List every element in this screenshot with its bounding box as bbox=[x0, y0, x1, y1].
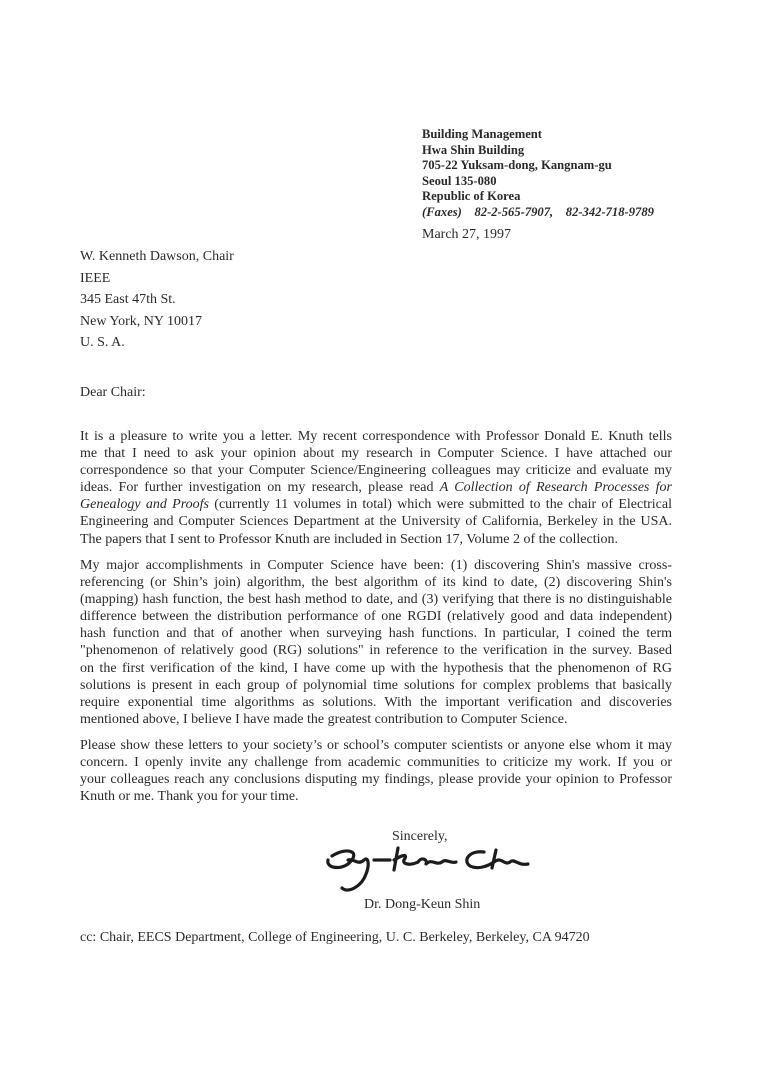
body-text: on the first verification of the kind, I… bbox=[80, 661, 672, 676]
body-line: Genealogy and Proofs (currently 11 volum… bbox=[80, 496, 672, 513]
body-text: hash function and that of another when s… bbox=[80, 626, 672, 641]
body-line: (mapping) hash function, the best hash m… bbox=[80, 591, 672, 608]
fax-number: 82-2-565-7907, bbox=[474, 205, 553, 219]
body-line: "phenomenon of relatively good (RG) solu… bbox=[80, 642, 672, 659]
body-line: concern. I openly invite any challenge f… bbox=[80, 754, 672, 771]
fax-number: 82-342-718-9789 bbox=[566, 205, 654, 219]
signer-name: Dr. Dong-Keun Shin bbox=[364, 897, 480, 913]
body-text: correspondence so that your Computer Sci… bbox=[80, 463, 672, 478]
body-text: (currently 11 volumes in total) which we… bbox=[209, 497, 672, 512]
book-title: Genealogy and Proofs bbox=[80, 497, 209, 512]
body-line: mentioned above, I believe I have made t… bbox=[80, 711, 672, 728]
body-line: solutions is present in each group of po… bbox=[80, 677, 672, 694]
body-line: me that I need to ask your opinion about… bbox=[80, 445, 672, 462]
recipient-line: 345 East 47th St. bbox=[80, 289, 234, 311]
recipient-line: IEEE bbox=[80, 268, 234, 290]
body-line: difference between the distribution perf… bbox=[80, 608, 672, 625]
body-line: require exponential time algorithms as s… bbox=[80, 694, 672, 711]
body-text: Knuth or me. Thank you for your time. bbox=[80, 789, 299, 804]
recipient-line: New York, NY 10017 bbox=[80, 311, 234, 333]
body-text: My major accomplishments in Computer Sci… bbox=[80, 558, 672, 573]
salutation: Dear Chair: bbox=[80, 385, 146, 401]
body-text: Please show these letters to your societ… bbox=[80, 738, 672, 753]
body-text: difference between the distribution perf… bbox=[80, 609, 672, 624]
body-text: (mapping) hash function, the best hash m… bbox=[80, 592, 672, 607]
letterhead-line: Building Management bbox=[422, 127, 654, 143]
recipient-line: U. S. A. bbox=[80, 332, 234, 354]
body-text: "phenomenon of relatively good (RG) solu… bbox=[80, 643, 672, 658]
body-line: ideas. For further investigation on my r… bbox=[80, 479, 672, 496]
recipient-address: W. Kenneth Dawson, Chair IEEE 345 East 4… bbox=[80, 246, 234, 354]
fax-line: (Faxes) 82-2-565-7907, 82-342-718-9789 bbox=[422, 205, 654, 221]
body-text: referencing (or Shin’s join) algorithm, … bbox=[80, 575, 672, 590]
fax-label: (Faxes) bbox=[422, 205, 462, 219]
handwritten-signature-icon bbox=[318, 838, 538, 903]
letterhead-line: Hwa Shin Building bbox=[422, 143, 654, 159]
body-line: your colleagues reach any conclusions di… bbox=[80, 771, 672, 788]
body-paragraph-2: My major accomplishments in Computer Sci… bbox=[80, 557, 672, 728]
letterhead-line: 705-22 Yuksam-dong, Kangnam-gu bbox=[422, 158, 654, 174]
body-text: your colleagues reach any conclusions di… bbox=[80, 772, 672, 787]
body-text: Engineering and Computer Sciences Depart… bbox=[80, 514, 672, 529]
letter-date: March 27, 1997 bbox=[422, 227, 511, 243]
body-line: My major accomplishments in Computer Sci… bbox=[80, 557, 672, 574]
book-title: A Collection of Research Processes for bbox=[440, 480, 672, 495]
body-line: correspondence so that your Computer Sci… bbox=[80, 462, 672, 479]
body-line: Please show these letters to your societ… bbox=[80, 737, 672, 754]
body-line: Knuth or me. Thank you for your time. bbox=[80, 788, 672, 805]
body-line: referencing (or Shin’s join) algorithm, … bbox=[80, 574, 672, 591]
recipient-line: W. Kenneth Dawson, Chair bbox=[80, 246, 234, 268]
body-text: ideas. For further investigation on my r… bbox=[80, 480, 440, 495]
body-text: mentioned above, I believe I have made t… bbox=[80, 712, 568, 727]
letterhead-line: Republic of Korea bbox=[422, 189, 654, 205]
body-text: concern. I openly invite any challenge f… bbox=[80, 755, 672, 770]
body-line: It is a pleasure to write you a letter. … bbox=[80, 428, 672, 445]
body-text: It is a pleasure to write you a letter. … bbox=[80, 429, 672, 444]
body-line: hash function and that of another when s… bbox=[80, 625, 672, 642]
body-text: solutions is present in each group of po… bbox=[80, 678, 672, 693]
letterhead: Building Management Hwa Shin Building 70… bbox=[422, 127, 654, 221]
letterhead-line: Seoul 135-080 bbox=[422, 174, 654, 190]
body-paragraph-1: It is a pleasure to write you a letter. … bbox=[80, 428, 672, 548]
body-paragraph-3: Please show these letters to your societ… bbox=[80, 737, 672, 805]
body-text: The papers that I sent to Professor Knut… bbox=[80, 532, 618, 547]
body-text: require exponential time algorithms as s… bbox=[80, 695, 672, 710]
body-line: The papers that I sent to Professor Knut… bbox=[80, 531, 672, 548]
body-text: me that I need to ask your opinion about… bbox=[80, 446, 672, 461]
body-line: on the first verification of the kind, I… bbox=[80, 660, 672, 677]
cc-line: cc: Chair, EECS Department, College of E… bbox=[80, 930, 590, 946]
body-line: Engineering and Computer Sciences Depart… bbox=[80, 513, 672, 530]
